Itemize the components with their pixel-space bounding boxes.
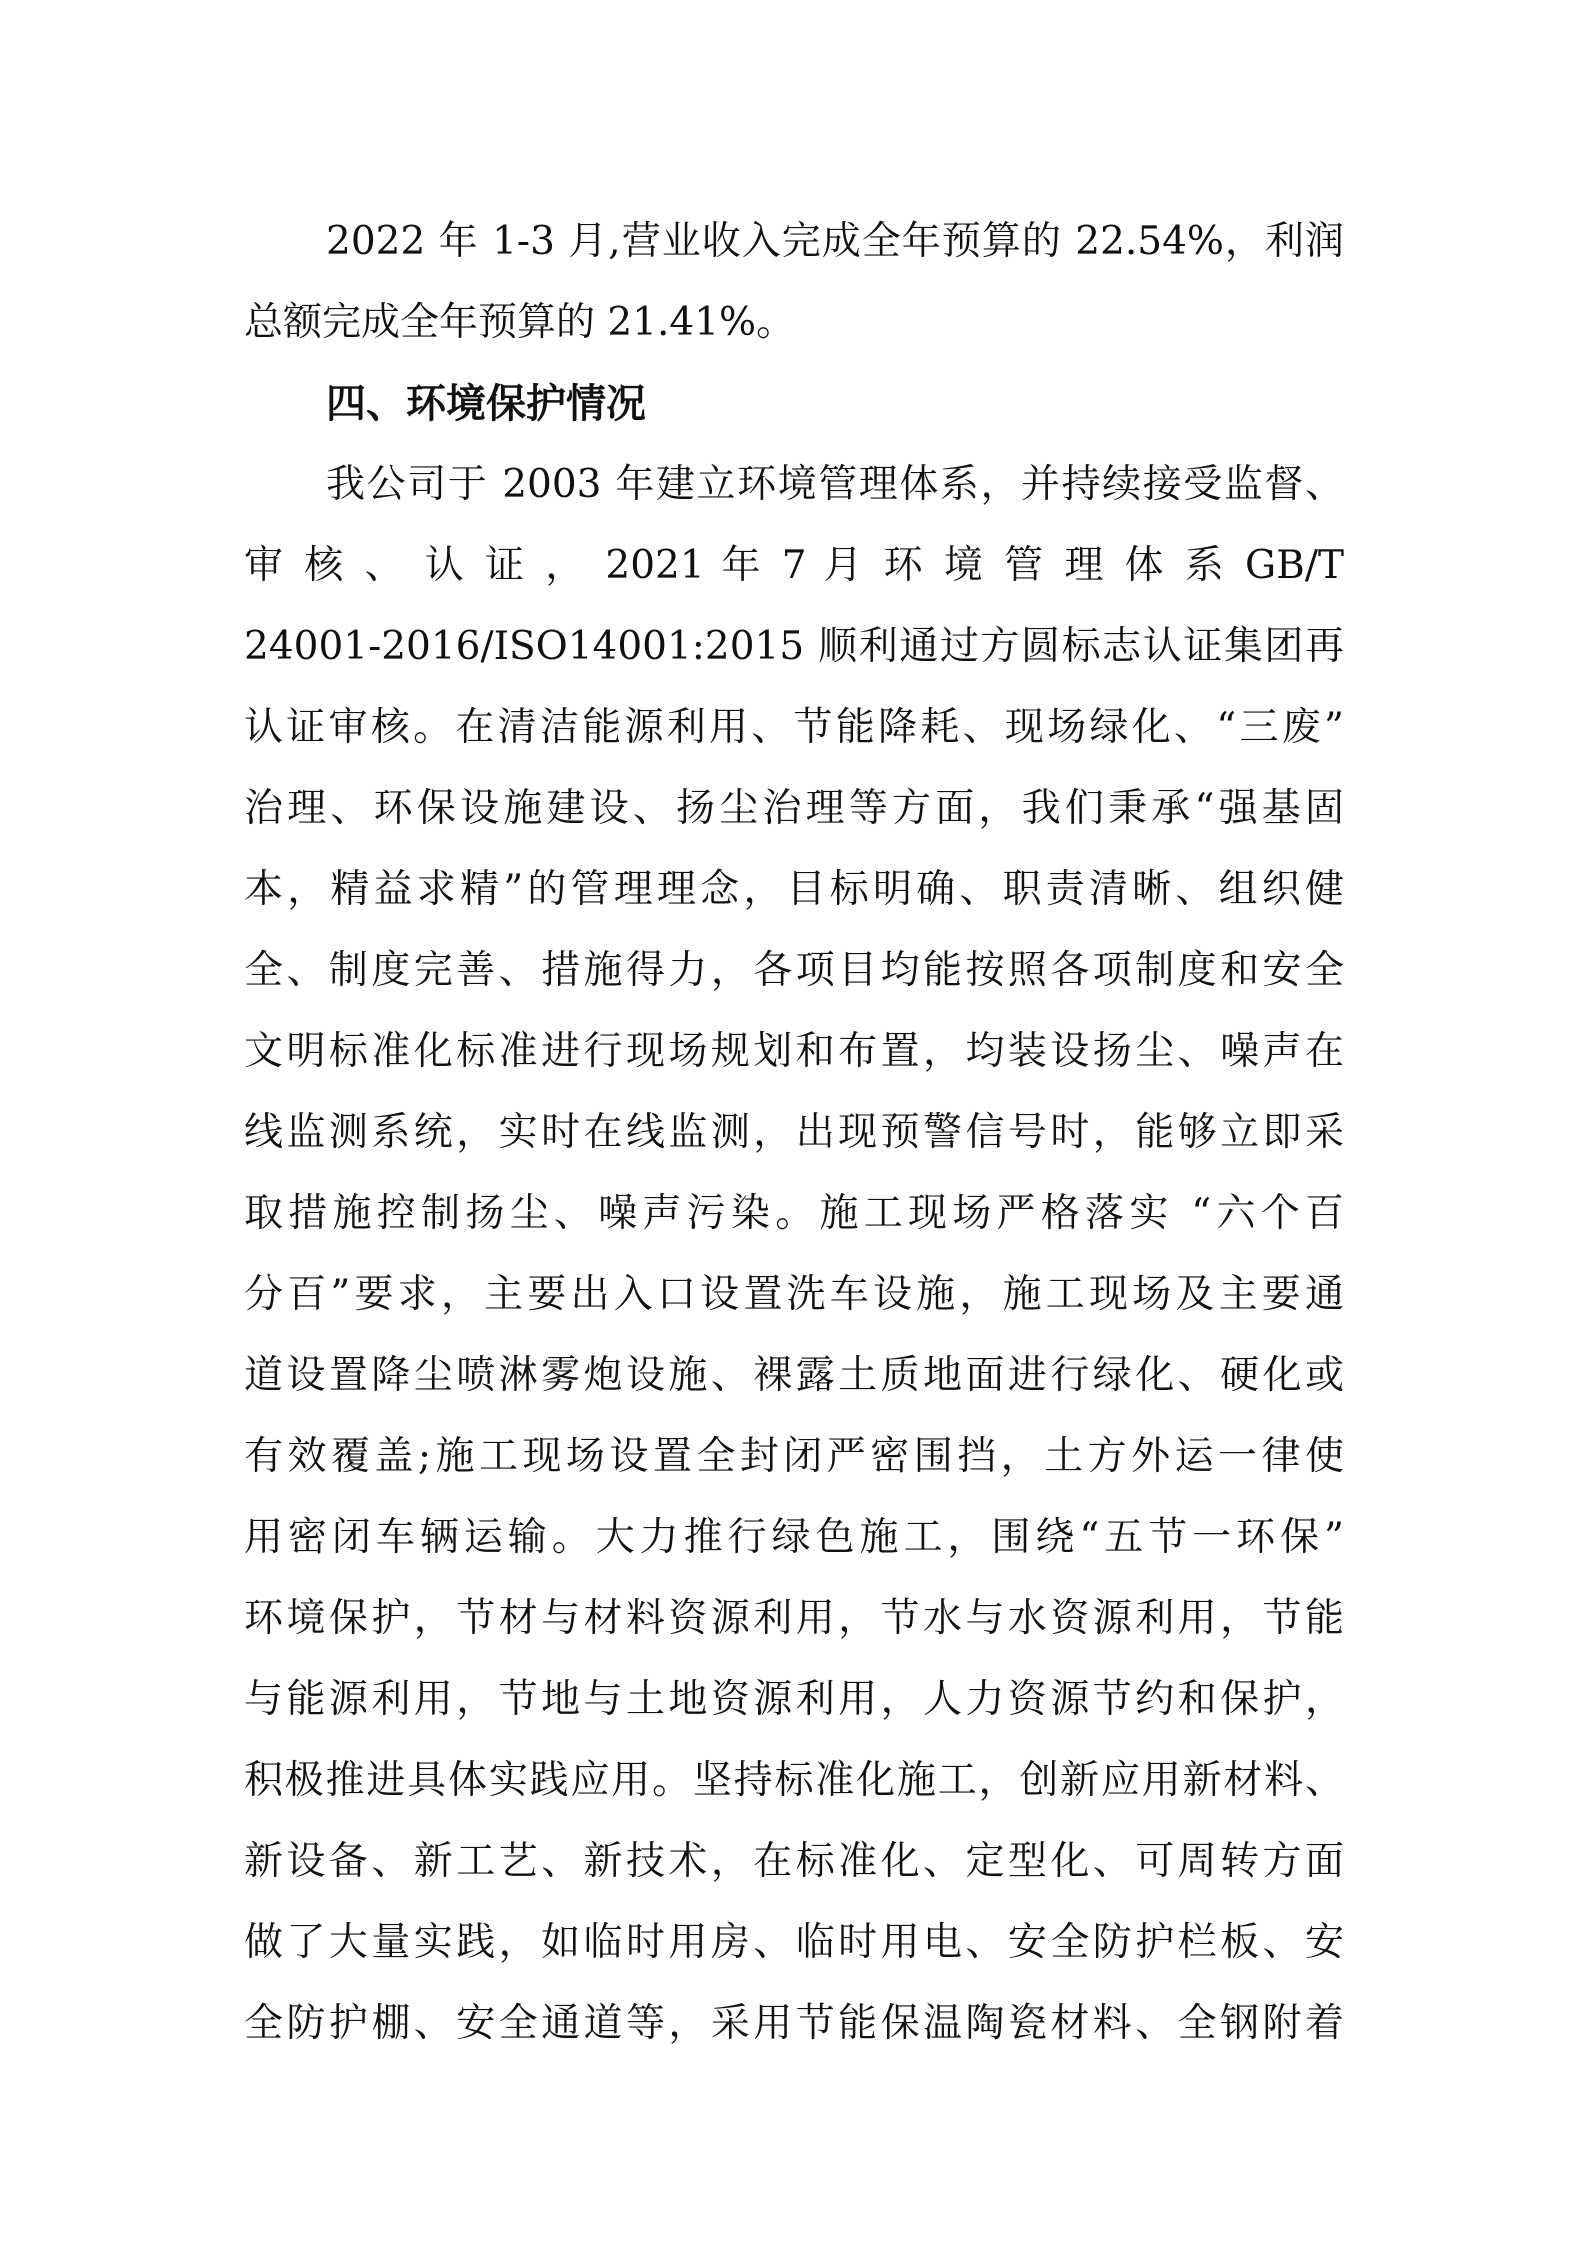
- paragraph-2-line: 线监测系统，实时在线监测，出现预警信号时，能够立即采: [244, 1103, 1344, 1163]
- paragraph-2-line: 环境保护，节材与材料资源利用，节水与水资源利用，节能: [244, 1589, 1344, 1649]
- paragraph-2-line: 道设置降尘喷淋雾炮设施、裸露土质地面进行绿化、硬化或: [244, 1346, 1344, 1406]
- paragraph-2-line: 取措施控制扬尘、噪声污染。施工现场严格落实 “六个百: [244, 1184, 1344, 1244]
- paragraph-2-line: 与能源利用，节地与土地资源利用，人力资源节约和保护，: [244, 1670, 1344, 1730]
- paragraph-2-line: 有效覆盖;施工现场设置全封闭严密围挡，土方外运一律使: [244, 1427, 1344, 1487]
- paragraph-1-line: 2022 年 1-3 月,营业收入完成全年预算的 22.54%，利润: [326, 212, 1344, 272]
- paragraph-2-line: 我公司于 2003 年建立环境管理体系，并持续接受监督、: [326, 455, 1344, 515]
- paragraph-2-line: 治理、环保设施建设、扬尘治理等方面，我们秉承“强基固: [244, 779, 1344, 839]
- paragraph-2-line: 全、制度完善、措施得力，各项目均能按照各项制度和安全: [244, 941, 1344, 1001]
- paragraph-2-line: 认证审核。在清洁能源利用、节能降耗、现场绿化、“三废”: [244, 698, 1344, 758]
- paragraph-2-line: 用密闭车辆运输。大力推行绿色施工，围绕“五节一环保”: [244, 1508, 1344, 1568]
- paragraph-2-line: 全防护棚、安全通道等，采用节能保温陶瓷材料、全钢附着: [244, 1994, 1344, 2054]
- paragraph-2-line: 做了大量实践，如临时用房、临时用电、安全防护栏板、安: [244, 1913, 1344, 1973]
- paragraph-2-line: 审 核 、 认 证 ， 2021 年 7 月 环 境 管 理 体 系 GB/T: [244, 536, 1344, 596]
- paragraph-1-line: 总额完成全年预算的 21.41%。: [244, 293, 1344, 353]
- paragraph-2-line: 本，精益求精”的管理理念，目标明确、职责清晰、组织健: [244, 860, 1344, 920]
- paragraph-2-line: 新设备、新工艺、新技术，在标准化、定型化、可周转方面: [244, 1832, 1344, 1892]
- paragraph-2-line: 积极推进具体实践应用。坚持标准化施工，创新应用新材料、: [244, 1751, 1344, 1811]
- paragraph-2-line: 24001-2016/ISO14001:2015 顺利通过方圆标志认证集团再: [244, 617, 1344, 677]
- document-page: 2022 年 1-3 月,营业收入完成全年预算的 22.54%，利润 总额完成全…: [0, 0, 1587, 2245]
- section-heading: 四、环境保护情况: [326, 374, 646, 434]
- paragraph-2-line: 文明标准化标准进行现场规划和布置，均装设扬尘、噪声在: [244, 1022, 1344, 1082]
- paragraph-2-line: 分百”要求，主要出入口设置洗车设施，施工现场及主要通: [244, 1265, 1344, 1325]
